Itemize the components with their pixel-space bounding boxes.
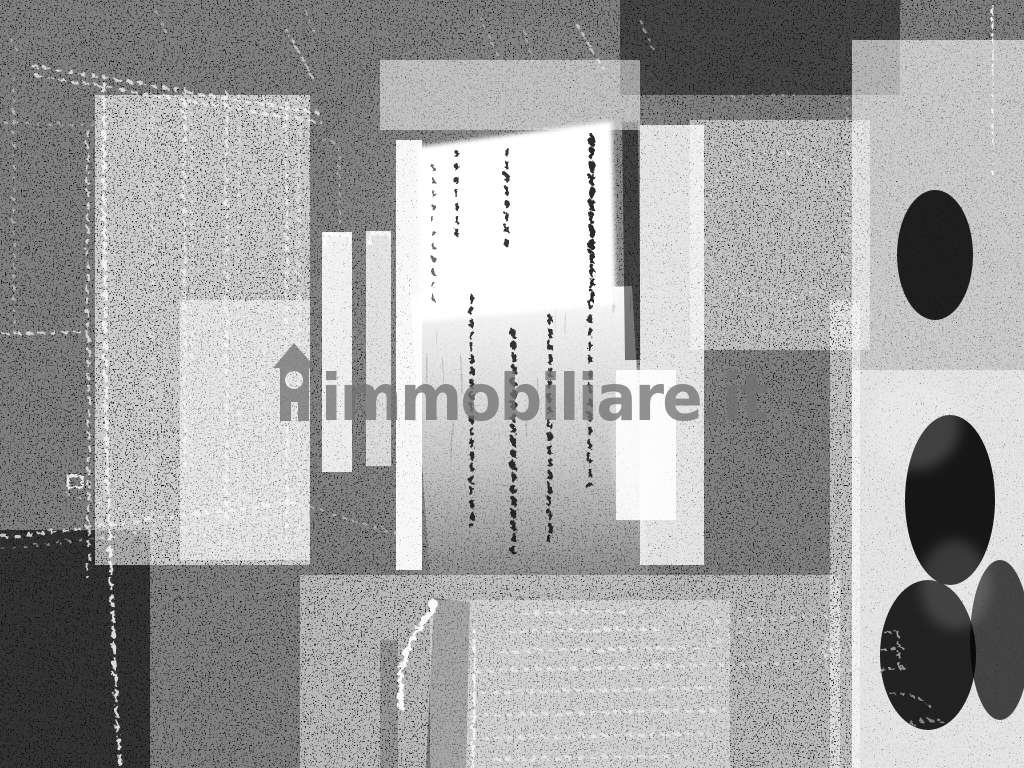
- door-right-frame-shadow: [630, 122, 633, 360]
- door-left-edge-speckle: [396, 140, 422, 570]
- dark-floor-corner: [0, 530, 150, 768]
- edge-filtered-room-photo: immobiliare.it: [0, 0, 1024, 768]
- texture-highlight: [870, 380, 960, 470]
- above-door-noise: [380, 60, 640, 130]
- left-panel-noise-dense: [180, 300, 310, 560]
- floor-noise-center: [430, 600, 730, 768]
- dark-silhouette: [897, 190, 973, 320]
- strip-window-left-speckle: [322, 232, 352, 472]
- right-side-texture: [830, 2, 1024, 768]
- watermark-text: immobiliare.it: [321, 362, 768, 436]
- texture-highlight: [920, 540, 990, 630]
